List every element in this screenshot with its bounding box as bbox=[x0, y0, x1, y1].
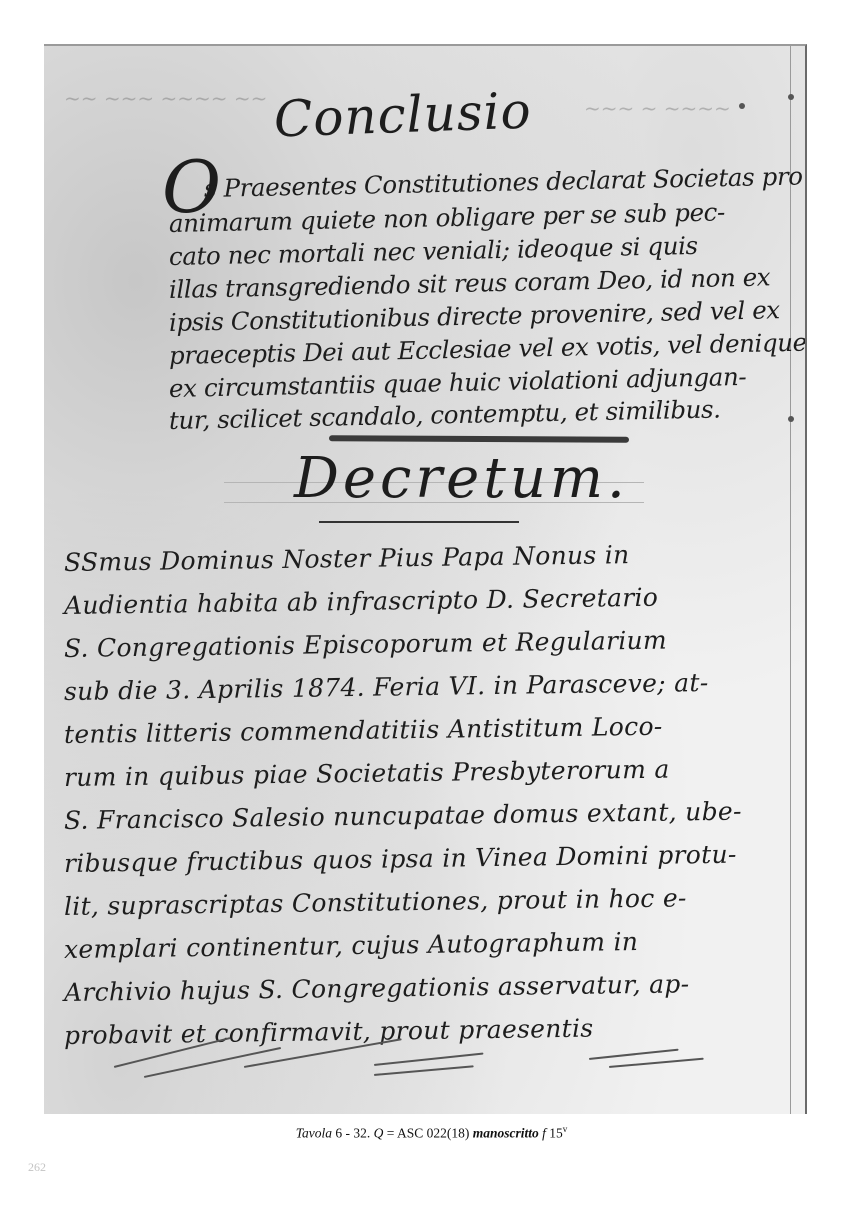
pen-flourish bbox=[374, 1053, 484, 1066]
manuscript-plate: ~~ ~~~ ~~~~ ~~ ~~~ ~ ~~~~ Conclusio O s … bbox=[44, 44, 807, 1114]
caption-siglum: Q bbox=[374, 1126, 384, 1141]
conclusio-heading: Conclusio bbox=[273, 82, 532, 149]
decretum-line: Audientia habita ab infrascripto D. Secr… bbox=[64, 583, 659, 620]
decretum-line: S. Congregationis Episcoporum et Regular… bbox=[64, 626, 667, 663]
margin-rule bbox=[790, 46, 791, 1114]
pen-flourish bbox=[374, 1065, 474, 1076]
caption-archive-ref: ASC 022(18) bbox=[397, 1126, 469, 1141]
decretum-line: rum in quibus piae Societatis Presbytero… bbox=[64, 755, 670, 792]
decretum-line: SSmus Dominus Noster Pius Papa Nonus in bbox=[64, 540, 630, 577]
pen-flourish bbox=[609, 1058, 704, 1068]
caption-tavola-label: Tavola bbox=[296, 1126, 332, 1141]
decretum-line: Archivio hujus S. Congregationis asserva… bbox=[64, 969, 690, 1007]
decretum-line: S. Francisco Salesio nuncupatae domus ex… bbox=[64, 797, 742, 835]
margin-mark bbox=[788, 416, 794, 422]
bleed-through-text: ~~ ~~~ ~~~~ ~~ bbox=[64, 86, 267, 110]
ink-spot bbox=[739, 103, 745, 109]
bleed-through-text: ~~~ ~ ~~~~ bbox=[584, 96, 731, 120]
decretum-line: sub die 3. Aprilis 1874. Feria VI. in Pa… bbox=[64, 668, 709, 706]
caption-equals: = bbox=[387, 1126, 395, 1141]
decretum-line: xemplari continentur, cujus Autographum … bbox=[64, 927, 639, 964]
decretum-line: lit, suprascriptas Constitutiones, prout… bbox=[64, 883, 687, 921]
margin-mark bbox=[788, 94, 794, 100]
caption-folio-mark: f bbox=[542, 1126, 546, 1141]
section-divider-thick bbox=[329, 435, 629, 443]
decretum-line: ribusque fructibus quos ipsa in Vinea Do… bbox=[64, 840, 737, 878]
caption-description: manoscritto bbox=[473, 1126, 539, 1141]
decretum-line: tentis litteris commendatitiis Antistitu… bbox=[64, 712, 663, 749]
caption-folio: 15 bbox=[549, 1126, 563, 1141]
decretum-heading: Decretum. bbox=[294, 446, 629, 511]
plate-caption: Tavola 6 - 32. Q = ASC 022(18) manoscrit… bbox=[0, 1124, 863, 1142]
pen-flourish bbox=[589, 1049, 679, 1060]
decretum-line: probavit et confirmavit, prout praesenti… bbox=[64, 1014, 594, 1050]
caption-folio-side: v bbox=[563, 1124, 568, 1134]
page-number: 262 bbox=[28, 1160, 46, 1175]
section-divider-thin bbox=[319, 521, 519, 523]
caption-tavola-number: 6 - 32. bbox=[335, 1126, 370, 1141]
